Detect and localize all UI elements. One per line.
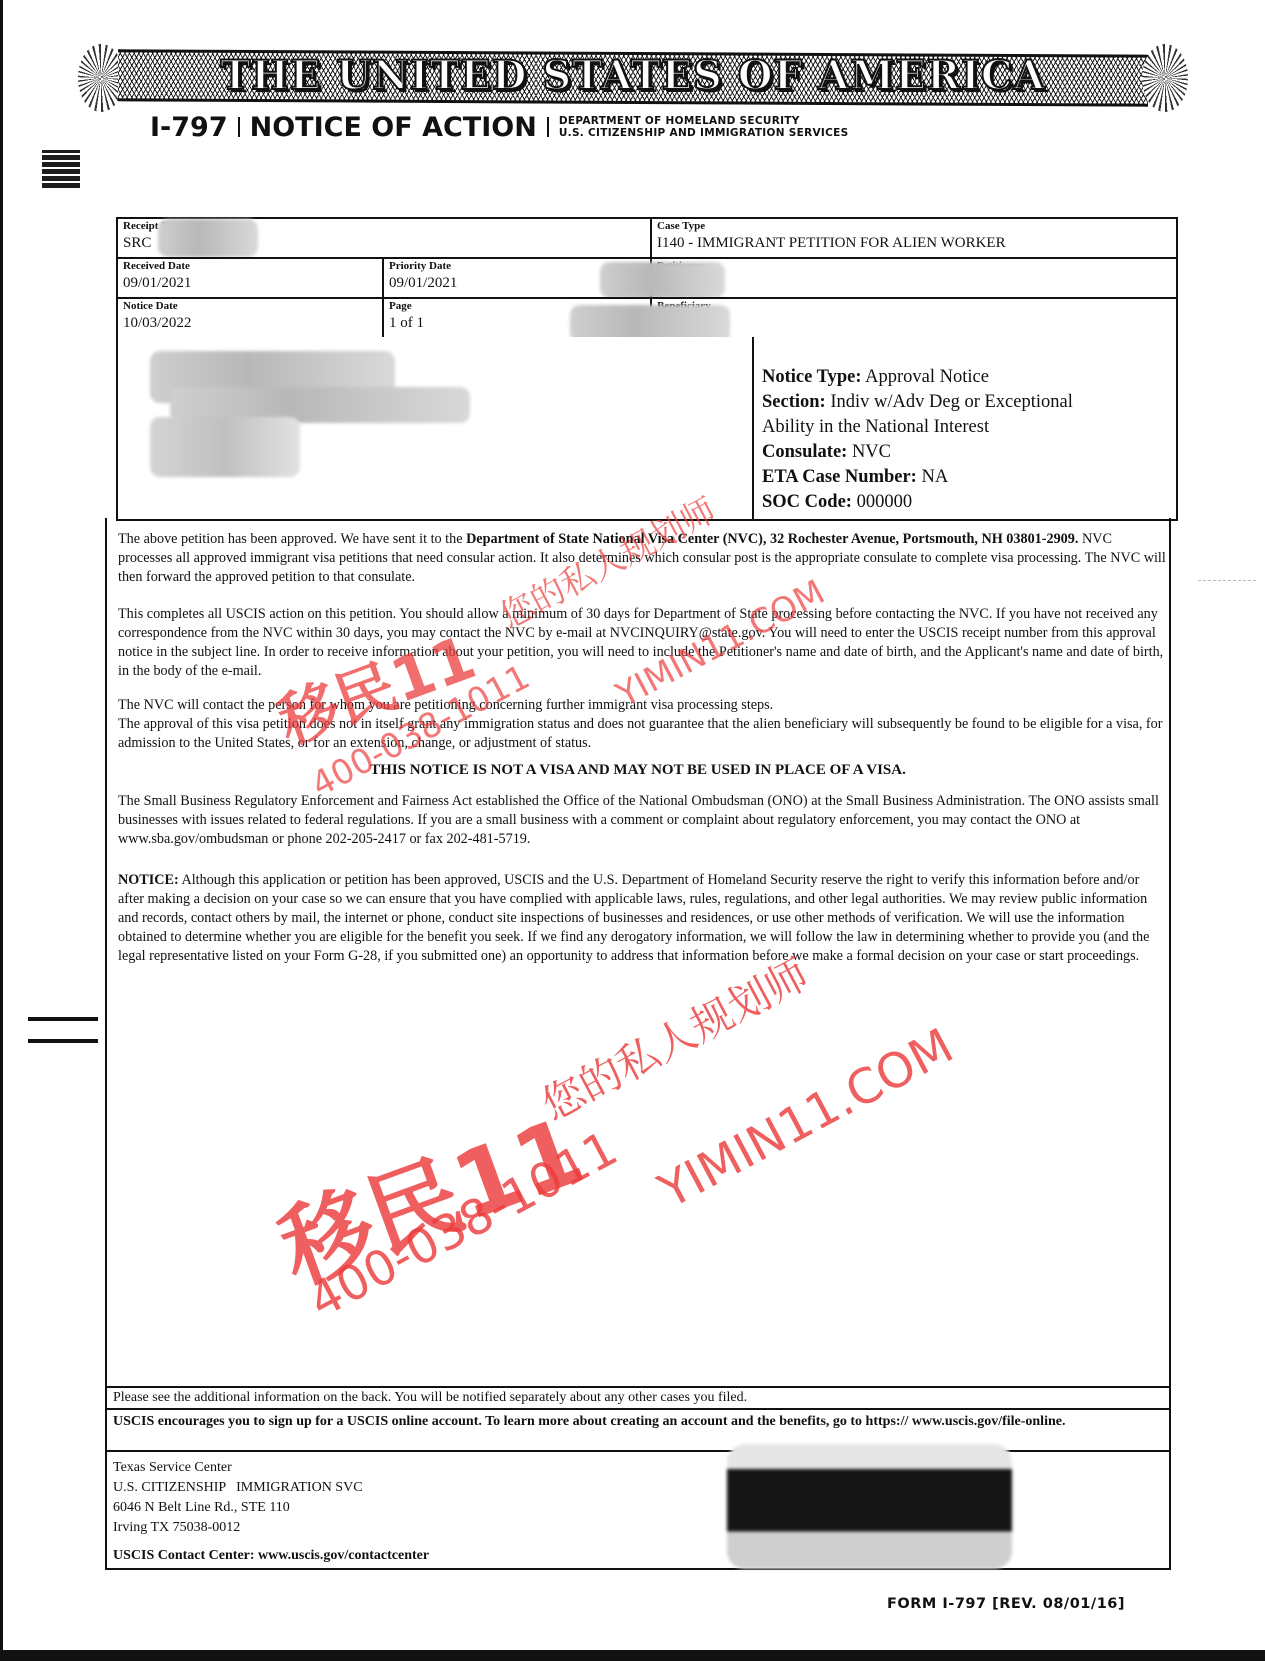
redaction-blur [158,219,258,257]
notice-date-cell: Notice Date 10/03/2022 [116,297,384,339]
scan-mark [1198,580,1256,582]
paragraph-uscis-action: This completes all USCIS action on this … [118,605,1168,681]
address-line: 6046 N Belt Line Rd., STE 110 [113,1498,363,1518]
notice-type-row: Notice Type: Approval Notice [762,365,1073,390]
usa-banner: THE UNITED STATES OF AMERICA [78,44,1188,112]
consulate-row: Consulate: NVC [762,440,1073,465]
not-a-visa-notice: THIS NOTICE IS NOT A VISA AND MAY NOT BE… [105,762,1171,779]
page-label: Page [389,300,412,312]
received-date-label: Received Date [123,260,190,272]
eta-row: ETA Case Number: NA [762,465,1073,490]
paragraph-no-status: The approval of this visa petition does … [118,715,1168,753]
notice-details-box: Notice Type: Approval Notice Section: In… [752,337,1178,521]
text: Although this application or petition ha… [118,872,1149,964]
contact-center-link[interactable]: USCIS Contact Center: www.uscis.gov/cont… [113,1548,429,1564]
online-account-box: USCIS encourages you to sign up for a US… [105,1408,1171,1452]
barcode-icon [42,150,80,188]
form-title: NOTICE OF ACTION [250,112,537,143]
received-date-value: 09/01/2021 [123,275,191,292]
redaction-blur [150,417,300,477]
form-number: I-797 [150,112,228,143]
divider [238,117,240,137]
additional-info-text: Please see the additional information on… [113,1390,747,1406]
fold-mark [28,1017,98,1021]
text: The above petition has been approved. We… [118,531,466,547]
section-value-continued: Ability in the National Interest [762,415,1073,440]
ornament-right-icon [1142,44,1188,112]
section-label: Section: [762,392,826,412]
service-center-address: Texas Service Center U.S. CITIZENSHIP IM… [113,1458,363,1538]
scan-bottom-edge [0,1650,1265,1661]
paragraph-ombudsman: The Small Business Regulatory Enforcemen… [118,792,1168,849]
case-type-cell: Case Type I140 - IMMIGRANT PETITION FOR … [650,217,1178,259]
banner-title: THE UNITED STATES OF AMERICA [78,52,1188,99]
fold-mark [28,1039,98,1043]
agency-line-1: DEPARTMENT OF HOMELAND SECURITY [559,115,800,127]
notice-type-value: Approval Notice [865,367,989,387]
agency-line-2: U.S. CITIZENSHIP AND IMMIGRATION SERVICE… [559,127,849,139]
online-account-text: USCIS encourages you to sign up for a US… [113,1412,1073,1431]
received-date-cell: Received Date 09/01/2021 [116,257,384,299]
scan-left-edge [0,0,3,1661]
priority-date-value: 09/01/2021 [389,275,457,292]
additional-info-box: Please see the additional information on… [105,1386,1171,1410]
redaction-blur [600,262,725,298]
page-value: 1 of 1 [389,315,424,332]
service-center-box: Texas Service Center U.S. CITIZENSHIP IM… [105,1450,1171,1570]
petitioner-cell: Petitioner [650,257,1178,299]
mailing-address-box [116,337,754,521]
soc-label: SOC Code: [762,492,852,512]
paragraph-approval: The above petition has been approved. We… [118,530,1168,587]
eta-label: ETA Case Number: [762,467,917,487]
soc-value: 000000 [857,492,913,512]
case-type-label: Case Type [657,220,705,232]
receipt-number-value: SRC [123,235,151,252]
case-type-value: I140 - IMMIGRANT PETITION FOR ALIEN WORK… [657,235,1006,252]
redaction-blur [727,1444,1012,1569]
address-line: Irving TX 75038-0012 [113,1518,363,1538]
divider [547,117,549,137]
form-revision: FORM I-797 [REV. 08/01/16] [887,1596,1125,1612]
address-line: U.S. CITIZENSHIP IMMIGRATION SVC [113,1478,363,1498]
priority-date-label: Priority Date [389,260,451,272]
eta-value: NA [921,467,948,487]
notice-date-value: 10/03/2022 [123,315,191,332]
notice-label: NOTICE: [118,872,179,888]
paragraph-nvc-contact: The NVC will contact the person for whom… [118,696,1168,715]
agency-name: DEPARTMENT OF HOMELAND SECURITY U.S. CIT… [559,115,849,139]
section-value: Indiv w/Adv Deg or Exceptional [830,392,1073,412]
section-row: Section: Indiv w/Adv Deg or Exceptional [762,390,1073,415]
soc-row: SOC Code: 000000 [762,490,1073,515]
receipt-number-cell: Receipt Number SRC [116,217,652,259]
nvc-address: Department of State National Visa Center… [466,531,1078,547]
form-heading: I-797 NOTICE OF ACTION DEPARTMENT OF HOM… [150,110,848,144]
notice-date-label: Notice Date [123,300,178,312]
address-line: Texas Service Center [113,1458,363,1478]
consulate-value: NVC [852,442,891,462]
paragraph-verification: NOTICE: Although this application or pet… [118,871,1168,966]
notice-details: Notice Type: Approval Notice Section: In… [762,365,1073,515]
consulate-label: Consulate: [762,442,847,462]
notice-type-label: Notice Type: [762,367,862,387]
